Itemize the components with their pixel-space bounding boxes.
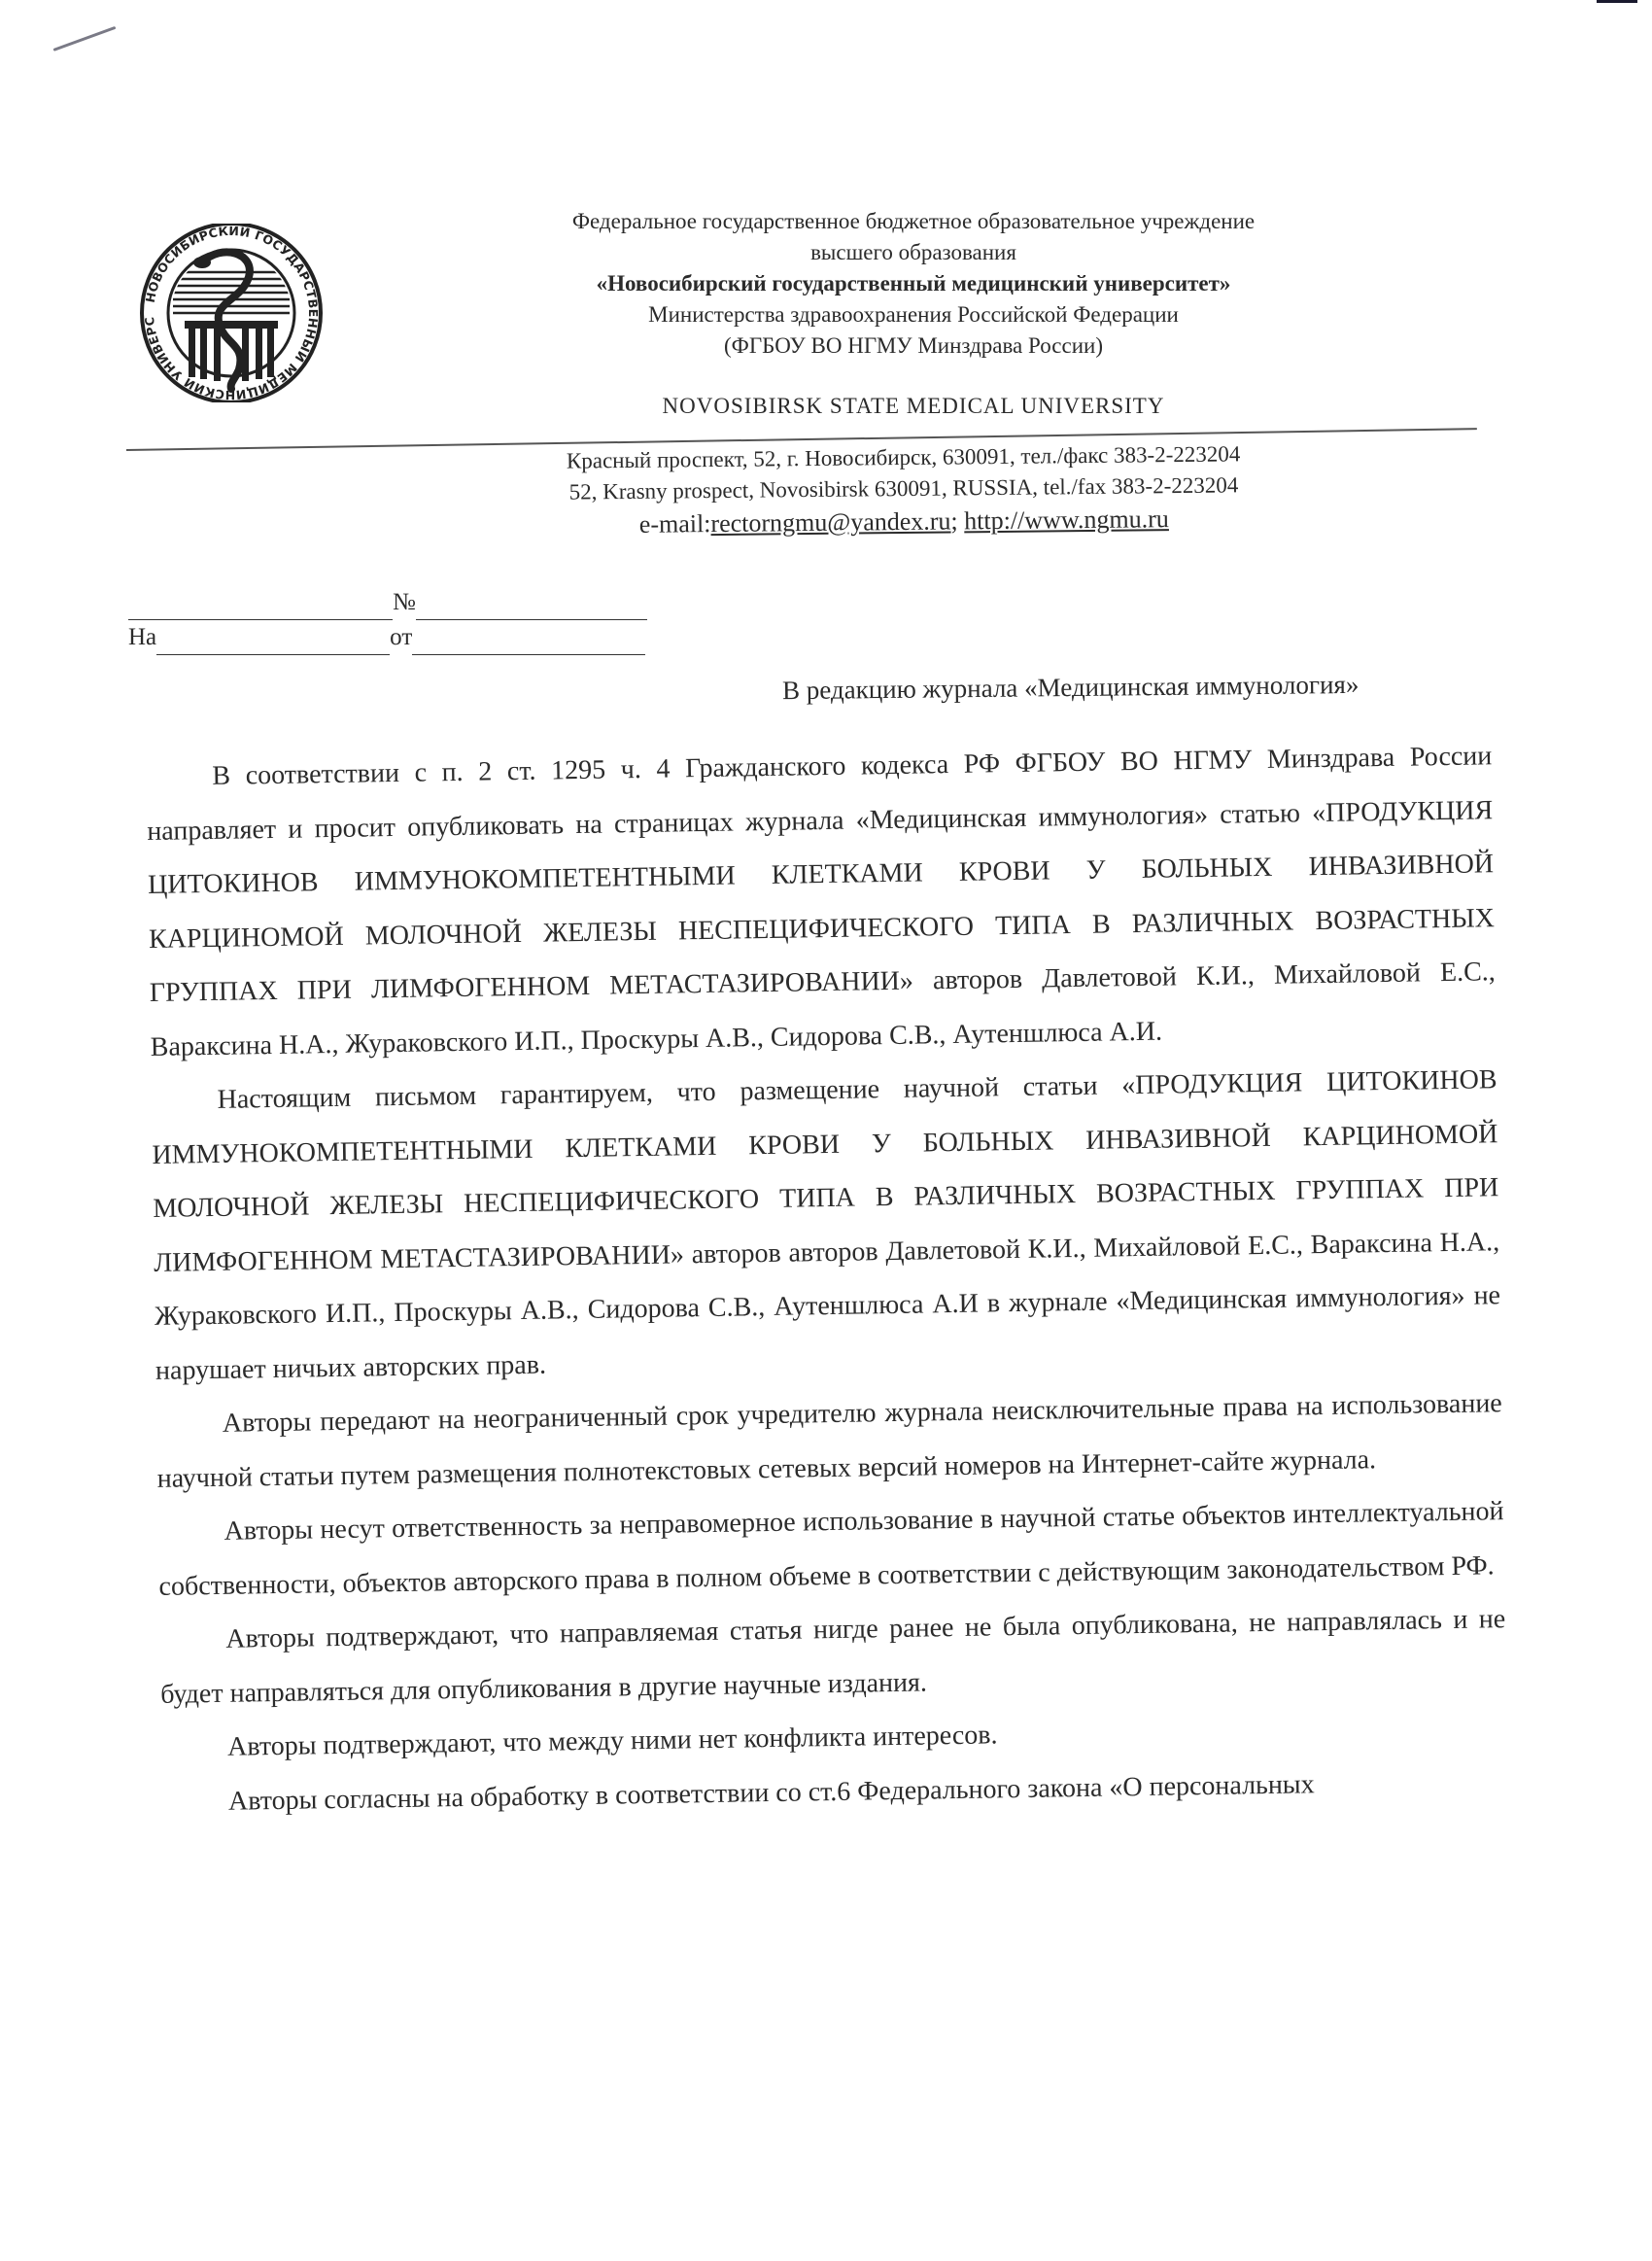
paragraph-rights-transfer: Авторы передают на неограниченный срок у…	[155, 1376, 1503, 1506]
incoming-number-blank	[156, 629, 390, 655]
contact-block: Красный проспект, 52, г. Новосибирск, 63…	[466, 437, 1342, 543]
to-label: На	[128, 620, 156, 655]
ministry-name: Министерства здравоохранения Российской …	[486, 299, 1341, 330]
contacts-separator: ;	[950, 506, 964, 535]
org-abbreviation: (ФГБОУ ВО НГМУ Минздрава России)	[486, 330, 1341, 362]
outgoing-date-blank	[128, 594, 393, 620]
incoming-date-blank	[412, 629, 645, 655]
letter-body: В соответствии с п. 2 ст. 1295 ч. 4 Граж…	[146, 729, 1508, 1829]
paragraph-liability: Авторы несут ответственность за неправом…	[157, 1484, 1505, 1614]
from-label: от	[390, 620, 412, 655]
paragraph-copyright-guarantee: Настоящим письмом гарантируем, что разме…	[151, 1053, 1501, 1398]
org-level: высшего образования	[486, 237, 1341, 268]
number-label: №	[393, 585, 416, 620]
university-seal-icon: НОВОСИБИРСКИЙ ГОСУДАРСТВЕННЫЙ МЕДИЦИНСКИ…	[134, 224, 328, 402]
outgoing-number-row: №	[128, 585, 672, 620]
letter-page: НОВОСИБИРСКИЙ ГОСУДАРСТВЕННЫЙ МЕДИЦИНСКИ…	[0, 0, 1652, 2261]
paragraph-publication-request: В соответствии с п. 2 ст. 1295 ч. 4 Граж…	[146, 729, 1497, 1074]
scan-corner-mark	[1597, 0, 1637, 3]
outgoing-number-blank	[416, 594, 647, 620]
incoming-ref-row: На от	[128, 620, 672, 655]
email-label: e-mail:	[639, 509, 711, 539]
org-type: Федеральное государственное бюджетное об…	[486, 206, 1341, 237]
website-link[interactable]: http://www.ngmu.ru	[964, 504, 1169, 535]
registration-fields: № На от	[128, 585, 672, 655]
addressee: В редакцию журнала «Медицинская иммуноло…	[782, 670, 1359, 706]
paragraph-originality: Авторы подтверждают, что направляемая ст…	[159, 1592, 1507, 1722]
email-link[interactable]: rectorngmu@yandex.ru	[710, 506, 950, 538]
org-name: «Новосибирский государственный медицинск…	[486, 268, 1341, 299]
letterhead: Федеральное государственное бюджетное об…	[486, 206, 1341, 422]
org-name-english: NOVOSIBIRSK STATE MEDICAL UNIVERSITY	[486, 391, 1341, 422]
scan-pen-mark	[52, 26, 116, 52]
